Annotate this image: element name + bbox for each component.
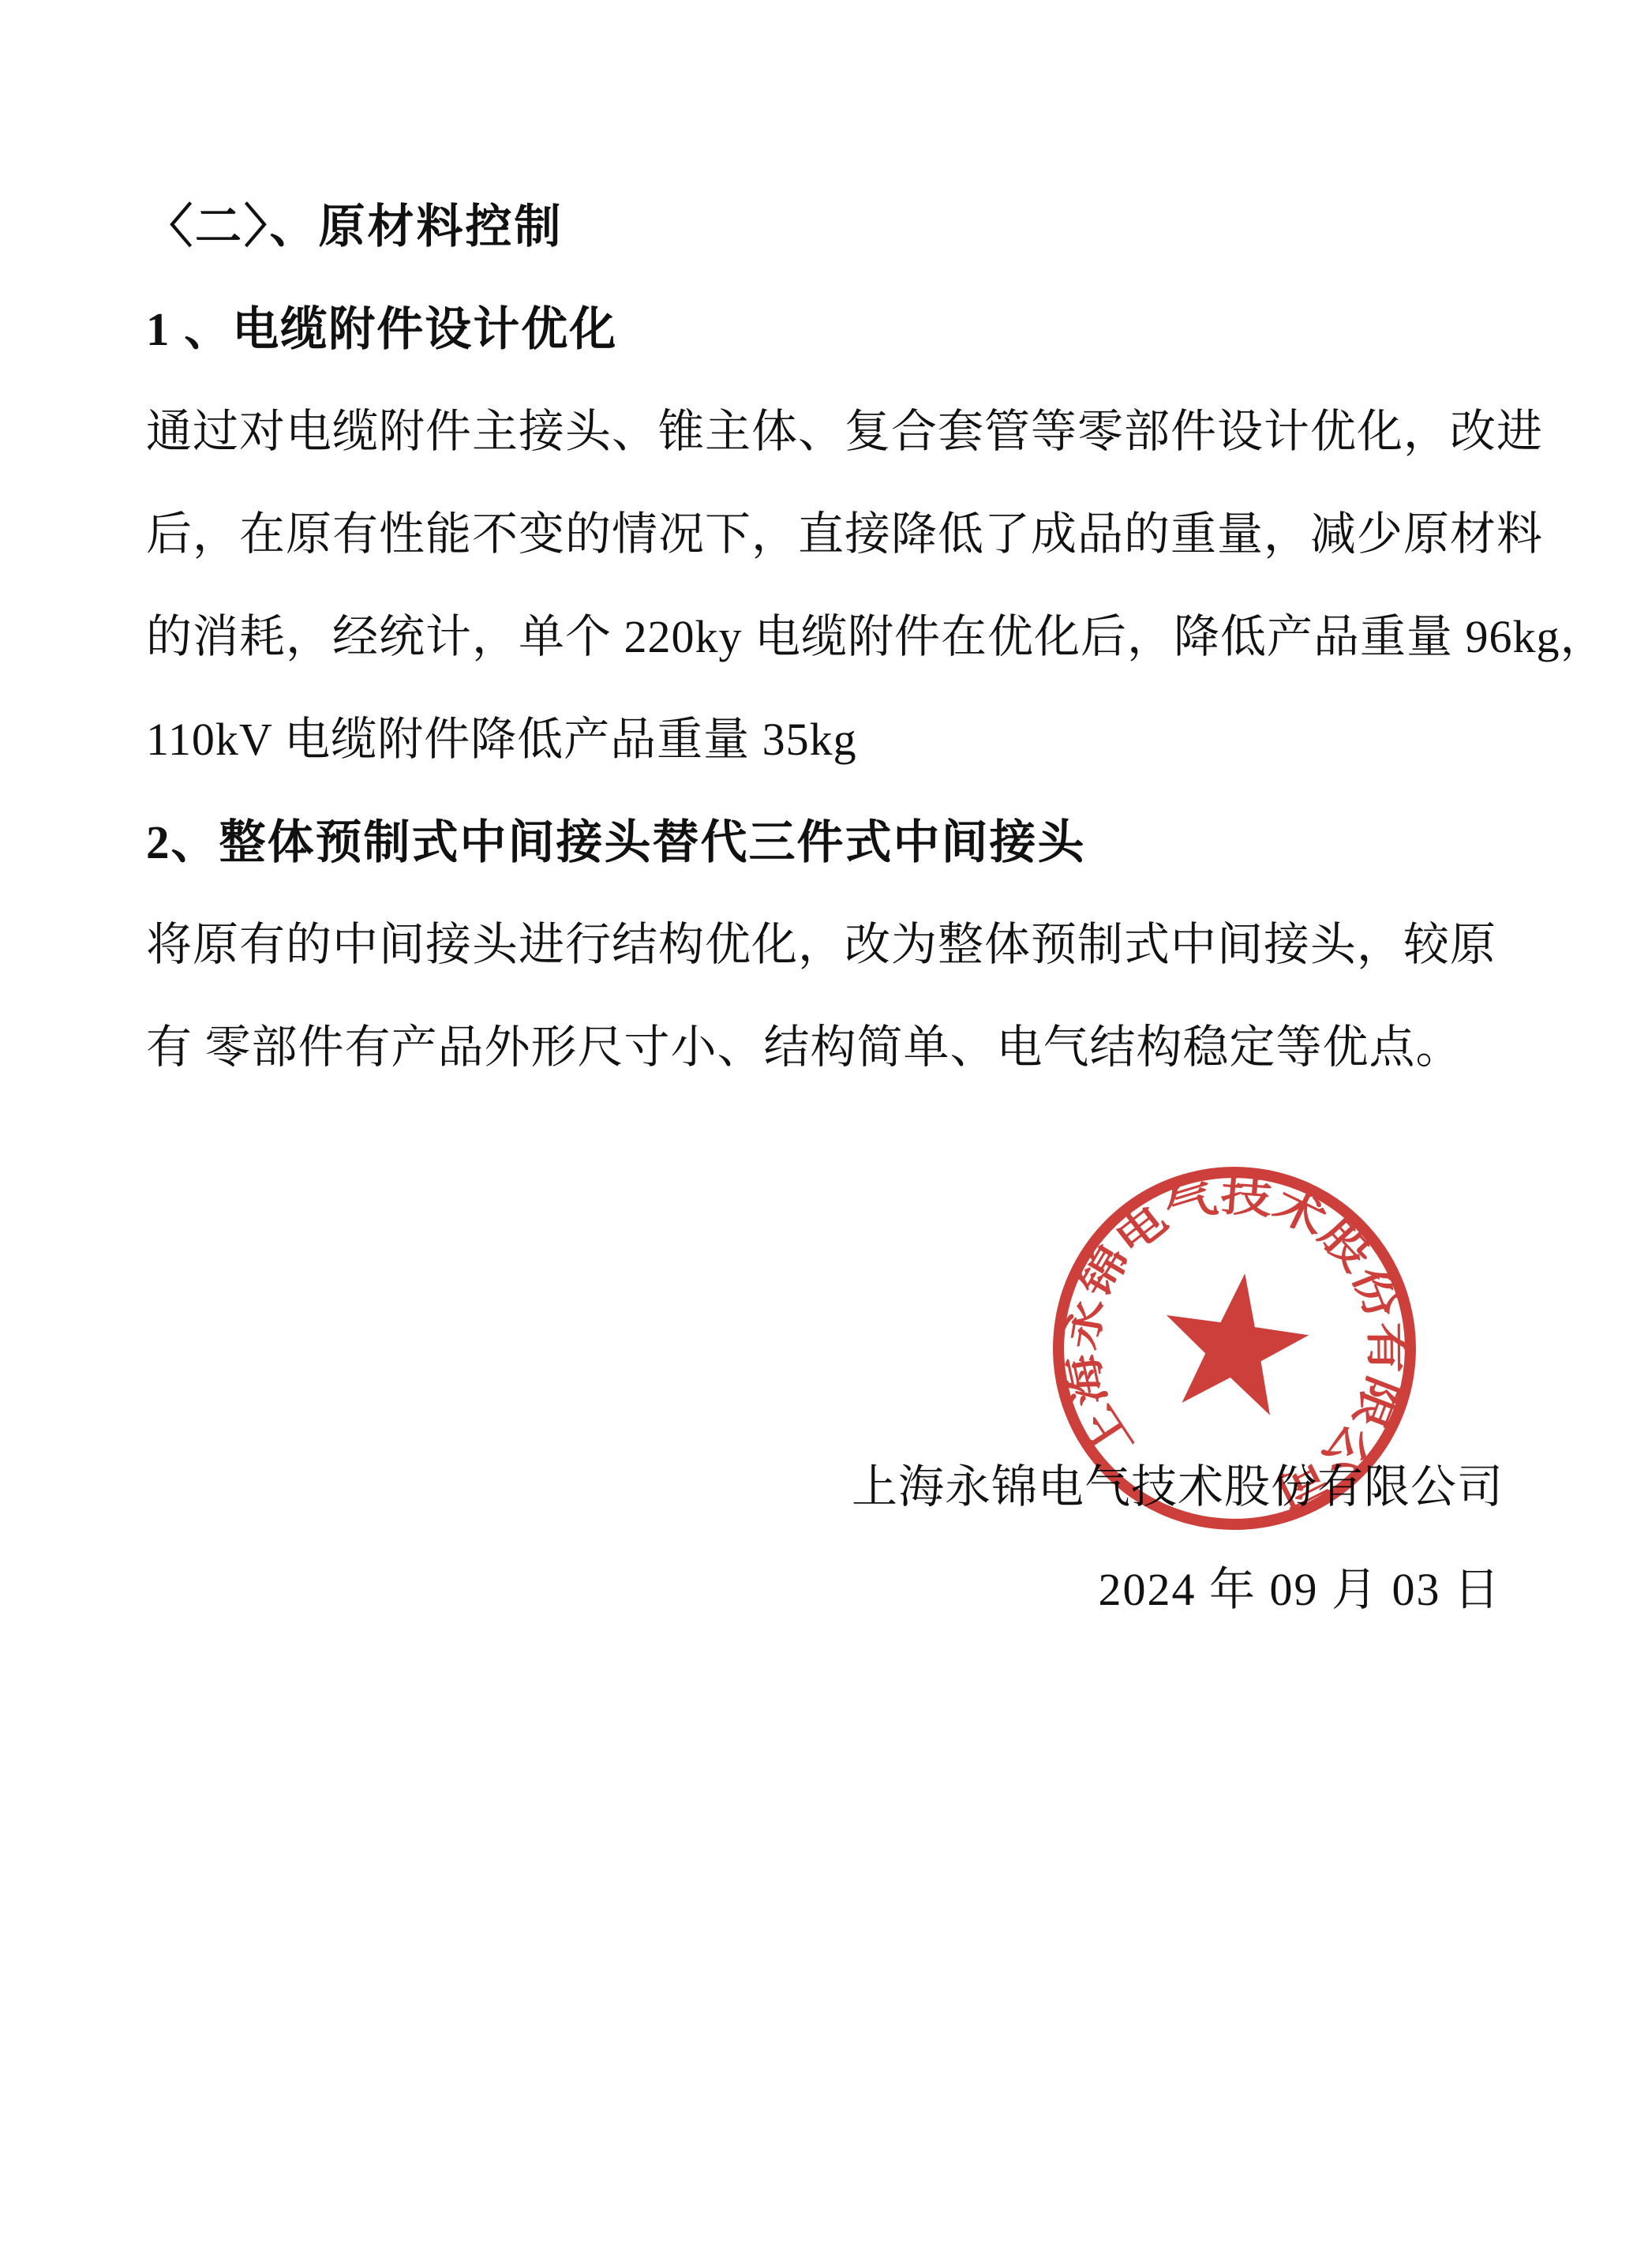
paragraph-1-line-1: 通过对电缆附件主接头、锥主体、复合套管等零部件设计优化，改进 bbox=[146, 380, 1559, 483]
section-heading: 〈二〉、原材料控制 bbox=[146, 175, 1559, 278]
document-page: 〈二〉、原材料控制 1 、电缆附件设计优化 通过对电缆附件主接头、锥主体、复合套… bbox=[0, 0, 1648, 2268]
signature-date: 2024 年 09 月 03 日 bbox=[1098, 1552, 1501, 1618]
document-body: 〈二〉、原材料控制 1 、电缆附件设计优化 通过对电缆附件主接头、锥主体、复合套… bbox=[146, 175, 1559, 1099]
star-icon bbox=[1155, 1263, 1317, 1419]
paragraph-2-line-2: 有 零部件有产品外形尺寸小、结构简单、电气结构稳定等优点。 bbox=[146, 996, 1559, 1099]
subsection-1-heading: 1 、电缆附件设计优化 bbox=[146, 278, 1559, 380]
paragraph-1-line-3: 的消耗，经统计，单个 220ky 电缆附件在优化后，降低产品重量 96kg， bbox=[146, 586, 1559, 688]
paragraph-1-line-2: 后，在原有性能不变的情况下，直接降低了成品的重量，减少原材料 bbox=[146, 483, 1559, 586]
paragraph-1-line-4: 110kV 电缆附件降低产品重量 35kg bbox=[146, 688, 1559, 791]
company-seal-stamp: 上海永锦电气技术股份有限公司 bbox=[1040, 1154, 1429, 1543]
subsection-2-heading: 2、整体预制式中间接头替代三件式中间接头 bbox=[146, 791, 1559, 894]
paragraph-2-line-1: 将原有的中间接头进行结构优化，改为整体预制式中间接头，较原 bbox=[146, 894, 1559, 996]
